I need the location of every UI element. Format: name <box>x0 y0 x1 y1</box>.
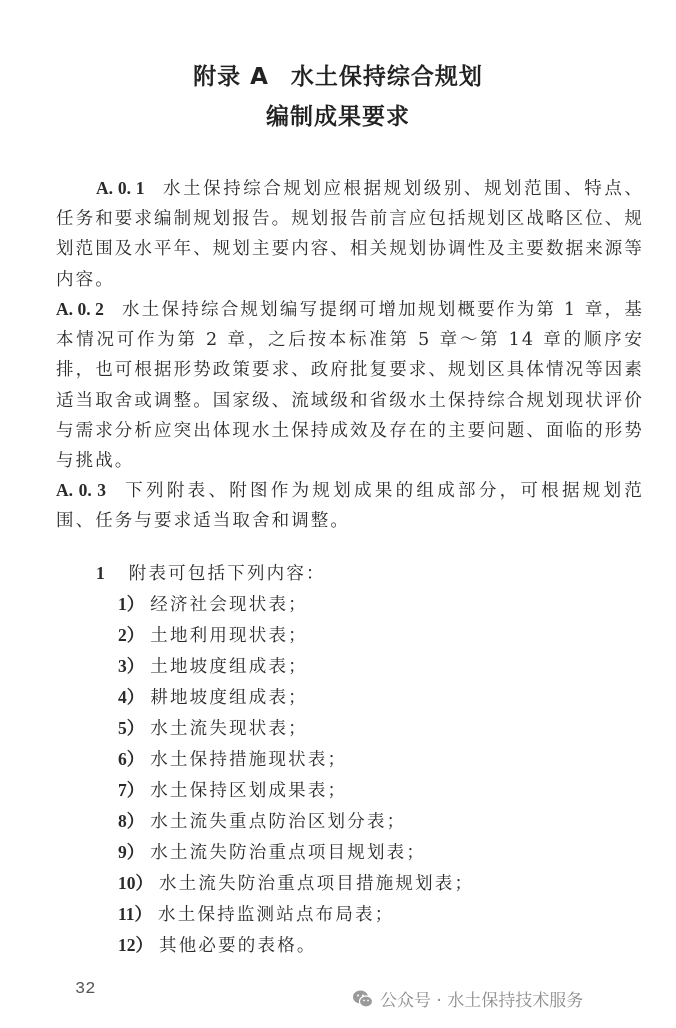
list-heading-text: 附表可包括下列内容： <box>129 564 326 584</box>
appendix-label: 附录 A <box>193 64 269 90</box>
list-item: 1）经济社会现状表； <box>118 591 308 616</box>
item-number: 4） <box>118 687 144 707</box>
title-line-1: 水土保持综合规划 <box>291 64 483 90</box>
item-number: 8） <box>118 811 144 831</box>
section-text: 下列附表、附图作为规划成果的组成部分，可根据规划范围、任务与要求适当取舍和调整。 <box>56 481 644 531</box>
item-number: 2） <box>118 625 144 645</box>
title-line-2: 编制成果要求 <box>0 98 676 131</box>
item-number: 3） <box>118 656 144 676</box>
item-text: 耕地坡度组成表； <box>150 688 308 708</box>
list-item: 8）水土流失重点防治区划分表； <box>118 808 406 833</box>
list-number: 1 <box>96 563 105 583</box>
section-a03: A. 0. 3下列附表、附图作为规划成果的组成部分，可根据规划范围、任务与要求适… <box>56 475 644 536</box>
item-text: 水土流失防治重点项目措施规划表； <box>159 874 474 894</box>
item-text: 水土保持措施现状表； <box>150 750 347 770</box>
item-number: 1） <box>118 594 144 614</box>
item-text: 水土流失防治重点项目规划表； <box>150 843 426 863</box>
list-item: 9）水土流失防治重点项目规划表； <box>118 839 426 864</box>
list-item: 7）水土保持区划成果表； <box>118 777 347 802</box>
wechat-icon <box>352 989 374 1009</box>
item-text: 土地利用现状表； <box>150 626 308 646</box>
item-text: 土地坡度组成表； <box>150 657 308 677</box>
section-a02: A. 0. 2水土保持综合规划编写提纲可增加规划概要作为第 1 章，基本情况可作… <box>56 294 644 476</box>
list-item: 3）土地坡度组成表； <box>118 653 308 678</box>
list-item: 12）其他必要的表格。 <box>118 932 317 957</box>
item-number: 11） <box>118 904 152 924</box>
page-number: 32 <box>75 980 95 999</box>
item-number: 6） <box>118 749 144 769</box>
item-text: 经济社会现状表； <box>150 595 308 615</box>
item-number: 7） <box>118 780 144 800</box>
list-item: 5）水土流失现状表； <box>118 715 308 740</box>
list-item: 4）耕地坡度组成表； <box>118 684 308 709</box>
item-text: 水土保持区划成果表； <box>150 781 347 801</box>
item-text: 水土流失现状表； <box>150 719 308 739</box>
section-number: A. 0. 3 <box>56 480 106 500</box>
watermark-text: 公众号 · 水土保持技术服务 <box>380 986 583 1011</box>
list-item: 6）水土保持措施现状表； <box>118 746 347 771</box>
item-text: 其他必要的表格。 <box>159 936 317 956</box>
section-a01: A. 0. 1水土保持综合规划应根据规划级别、规划范围、特点、任务和要求编制规划… <box>56 173 644 295</box>
item-number: 5） <box>118 718 144 738</box>
list-item: 11）水土保持监测站点布局表； <box>118 901 394 926</box>
section-number: A. 0. 1 <box>96 178 145 198</box>
list-heading: 1附表可包括下列内容： <box>96 560 326 585</box>
item-number: 9） <box>118 842 144 862</box>
item-text: 水土流失重点防治区划分表； <box>150 812 406 832</box>
list-item: 10）水土流失防治重点项目措施规划表； <box>118 870 474 895</box>
item-number: 10） <box>118 873 153 893</box>
appendix-title: 附录 A水土保持综合规划 <box>0 58 676 91</box>
list-item: 2）土地利用现状表； <box>118 622 308 647</box>
item-number: 12） <box>118 935 153 955</box>
section-number: A. 0. 2 <box>56 299 104 319</box>
item-text: 水土保持监测站点布局表； <box>158 905 394 925</box>
section-text: 水土保持综合规划编写提纲可增加规划概要作为第 1 章，基本情况可作为第 2 章，… <box>56 300 644 471</box>
watermark: 公众号 · 水土保持技术服务 <box>352 986 583 1011</box>
